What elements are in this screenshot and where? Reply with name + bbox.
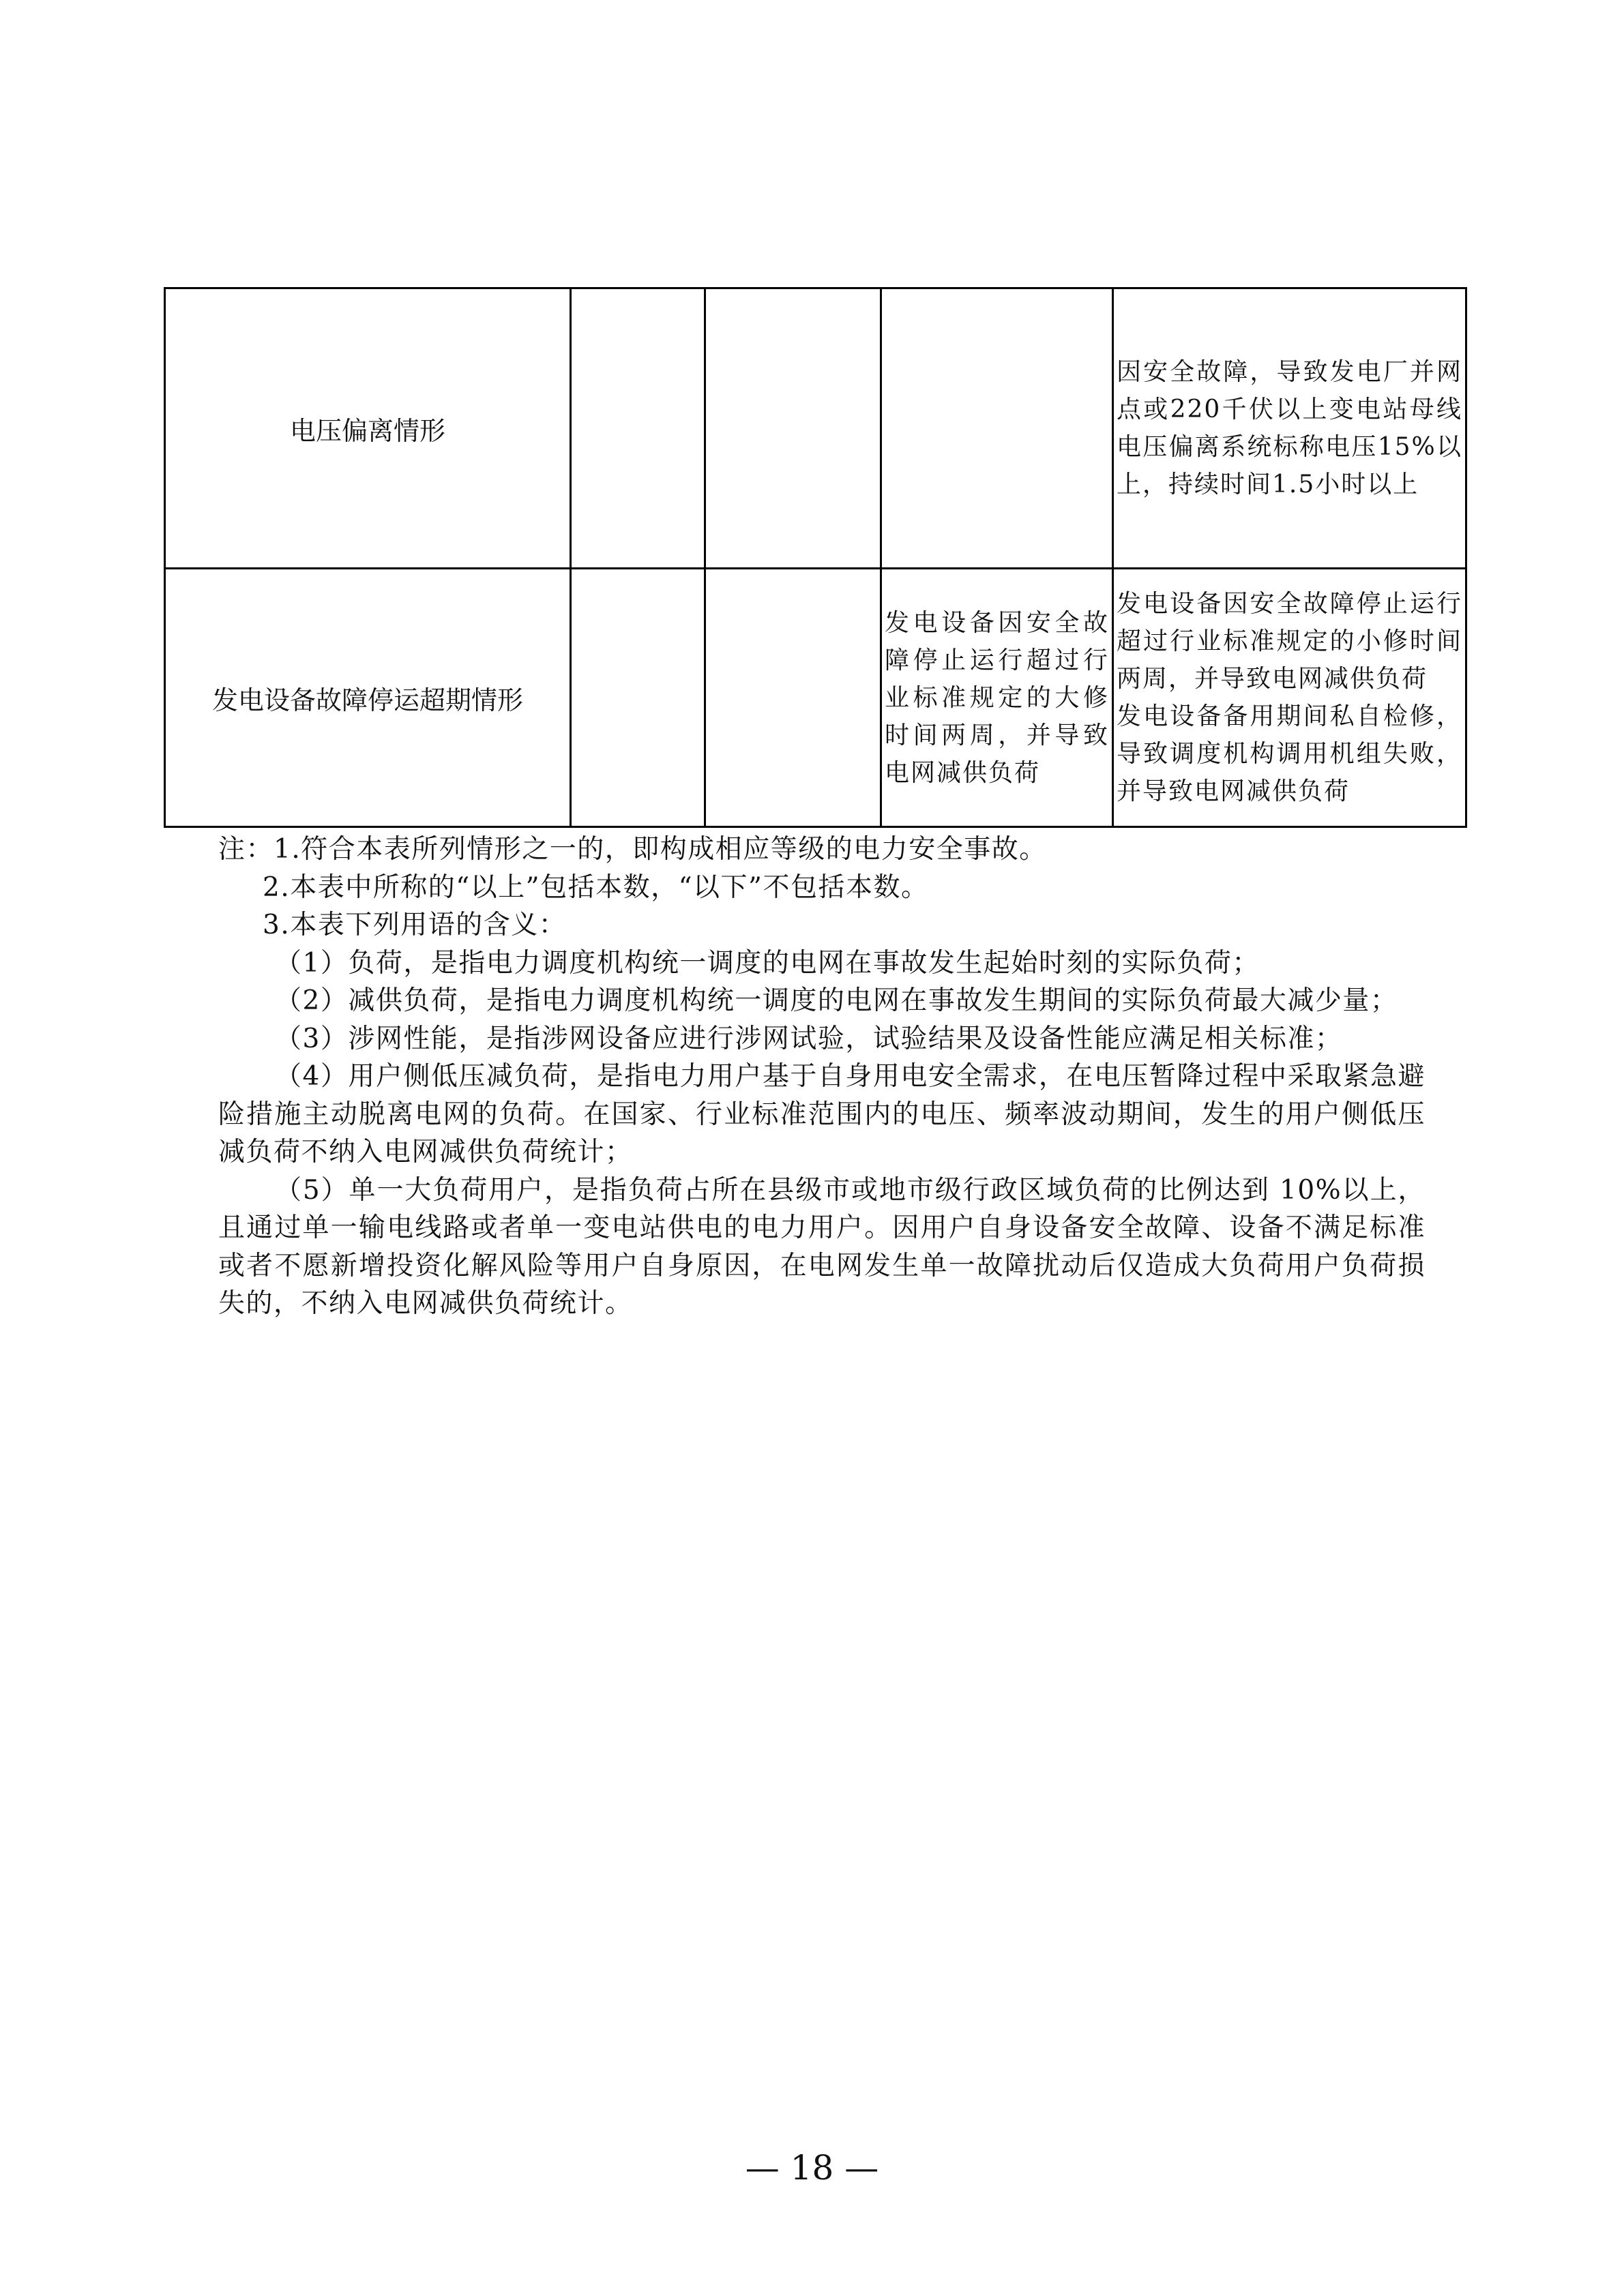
criteria-cell: 发电设备因安全故障停止运行超过行业标准规定的小修时间两周，并导致电网减供负荷 发…: [1113, 569, 1466, 827]
criteria-text: 因安全故障，导致发电厂并网点或220千伏以上变电站母线电压偏离系统标称电压15%…: [1117, 353, 1462, 503]
empty-cell: [881, 288, 1113, 569]
empty-cell: [571, 569, 705, 827]
note-3: 3.本表下列用语的含义：: [218, 906, 1426, 944]
empty-cell: [571, 288, 705, 569]
definition-5: （5）单一大负荷用户，是指负荷占所在县级市或地市级行政区域负荷的比例达到 10%…: [218, 1172, 1426, 1323]
criteria-text: 发电设备因安全故障停止运行超过行业标准规定的小修时间两周，并导致电网减供负荷: [1117, 585, 1462, 698]
note-2: 2.本表中所称的“以上”包括本数，“以下”不包括本数。: [218, 869, 1426, 907]
table-row: 电压偏离情形 因安全故障，导致发电厂并网点或220千伏以上变电站母线电压偏离系统…: [165, 288, 1466, 569]
document-page: 电压偏离情形 因安全故障，导致发电厂并网点或220千伏以上变电站母线电压偏离系统…: [0, 0, 1624, 2296]
definition-3: （3）涉网性能，是指涉网设备应进行涉网试验，试验结果及设备性能应满足相关标准；: [218, 1020, 1426, 1058]
empty-cell: [705, 569, 881, 827]
criteria-cell: 发电设备因安全故障停止运行超过行业标准规定的大修时间两周，并导致电网减供负荷: [881, 569, 1113, 827]
row-label: 电压偏离情形: [165, 288, 571, 569]
note-1: 注：1.符合本表所列情形之一的，即构成相应等级的电力安全事故。: [218, 831, 1426, 869]
table-row: 发电设备故障停运超期情形 发电设备因安全故障停止运行超过行业标准规定的大修时间两…: [165, 569, 1466, 827]
row-label: 发电设备故障停运超期情形: [165, 569, 571, 827]
empty-cell: [705, 288, 881, 569]
definition-1: （1）负荷，是指电力调度机构统一调度的电网在事故发生起始时刻的实际负荷；: [218, 944, 1426, 983]
definition-4: （4）用户侧低压减负荷，是指电力用户基于自身用电安全需求，在电压暂降过程中采取紧…: [218, 1058, 1426, 1172]
accident-criteria-table: 电压偏离情形 因安全故障，导致发电厂并网点或220千伏以上变电站母线电压偏离系统…: [164, 287, 1467, 828]
definition-2: （2）减供负荷，是指电力调度机构统一调度的电网在事故发生期间的实际负荷最大减少量…: [218, 982, 1426, 1020]
table-notes: 注：1.符合本表所列情形之一的，即构成相应等级的电力安全事故。 2.本表中所称的…: [218, 831, 1426, 1323]
criteria-text: 发电设备因安全故障停止运行超过行业标准规定的大修时间两周，并导致电网减供负荷: [885, 604, 1109, 792]
criteria-text: 发电设备备用期间私自检修，导致调度机构调用机组失败，并导致电网减供负荷: [1117, 698, 1462, 810]
page-number: — 18 —: [0, 2148, 1624, 2188]
criteria-cell: 因安全故障，导致发电厂并网点或220千伏以上变电站母线电压偏离系统标称电压15%…: [1113, 288, 1466, 569]
